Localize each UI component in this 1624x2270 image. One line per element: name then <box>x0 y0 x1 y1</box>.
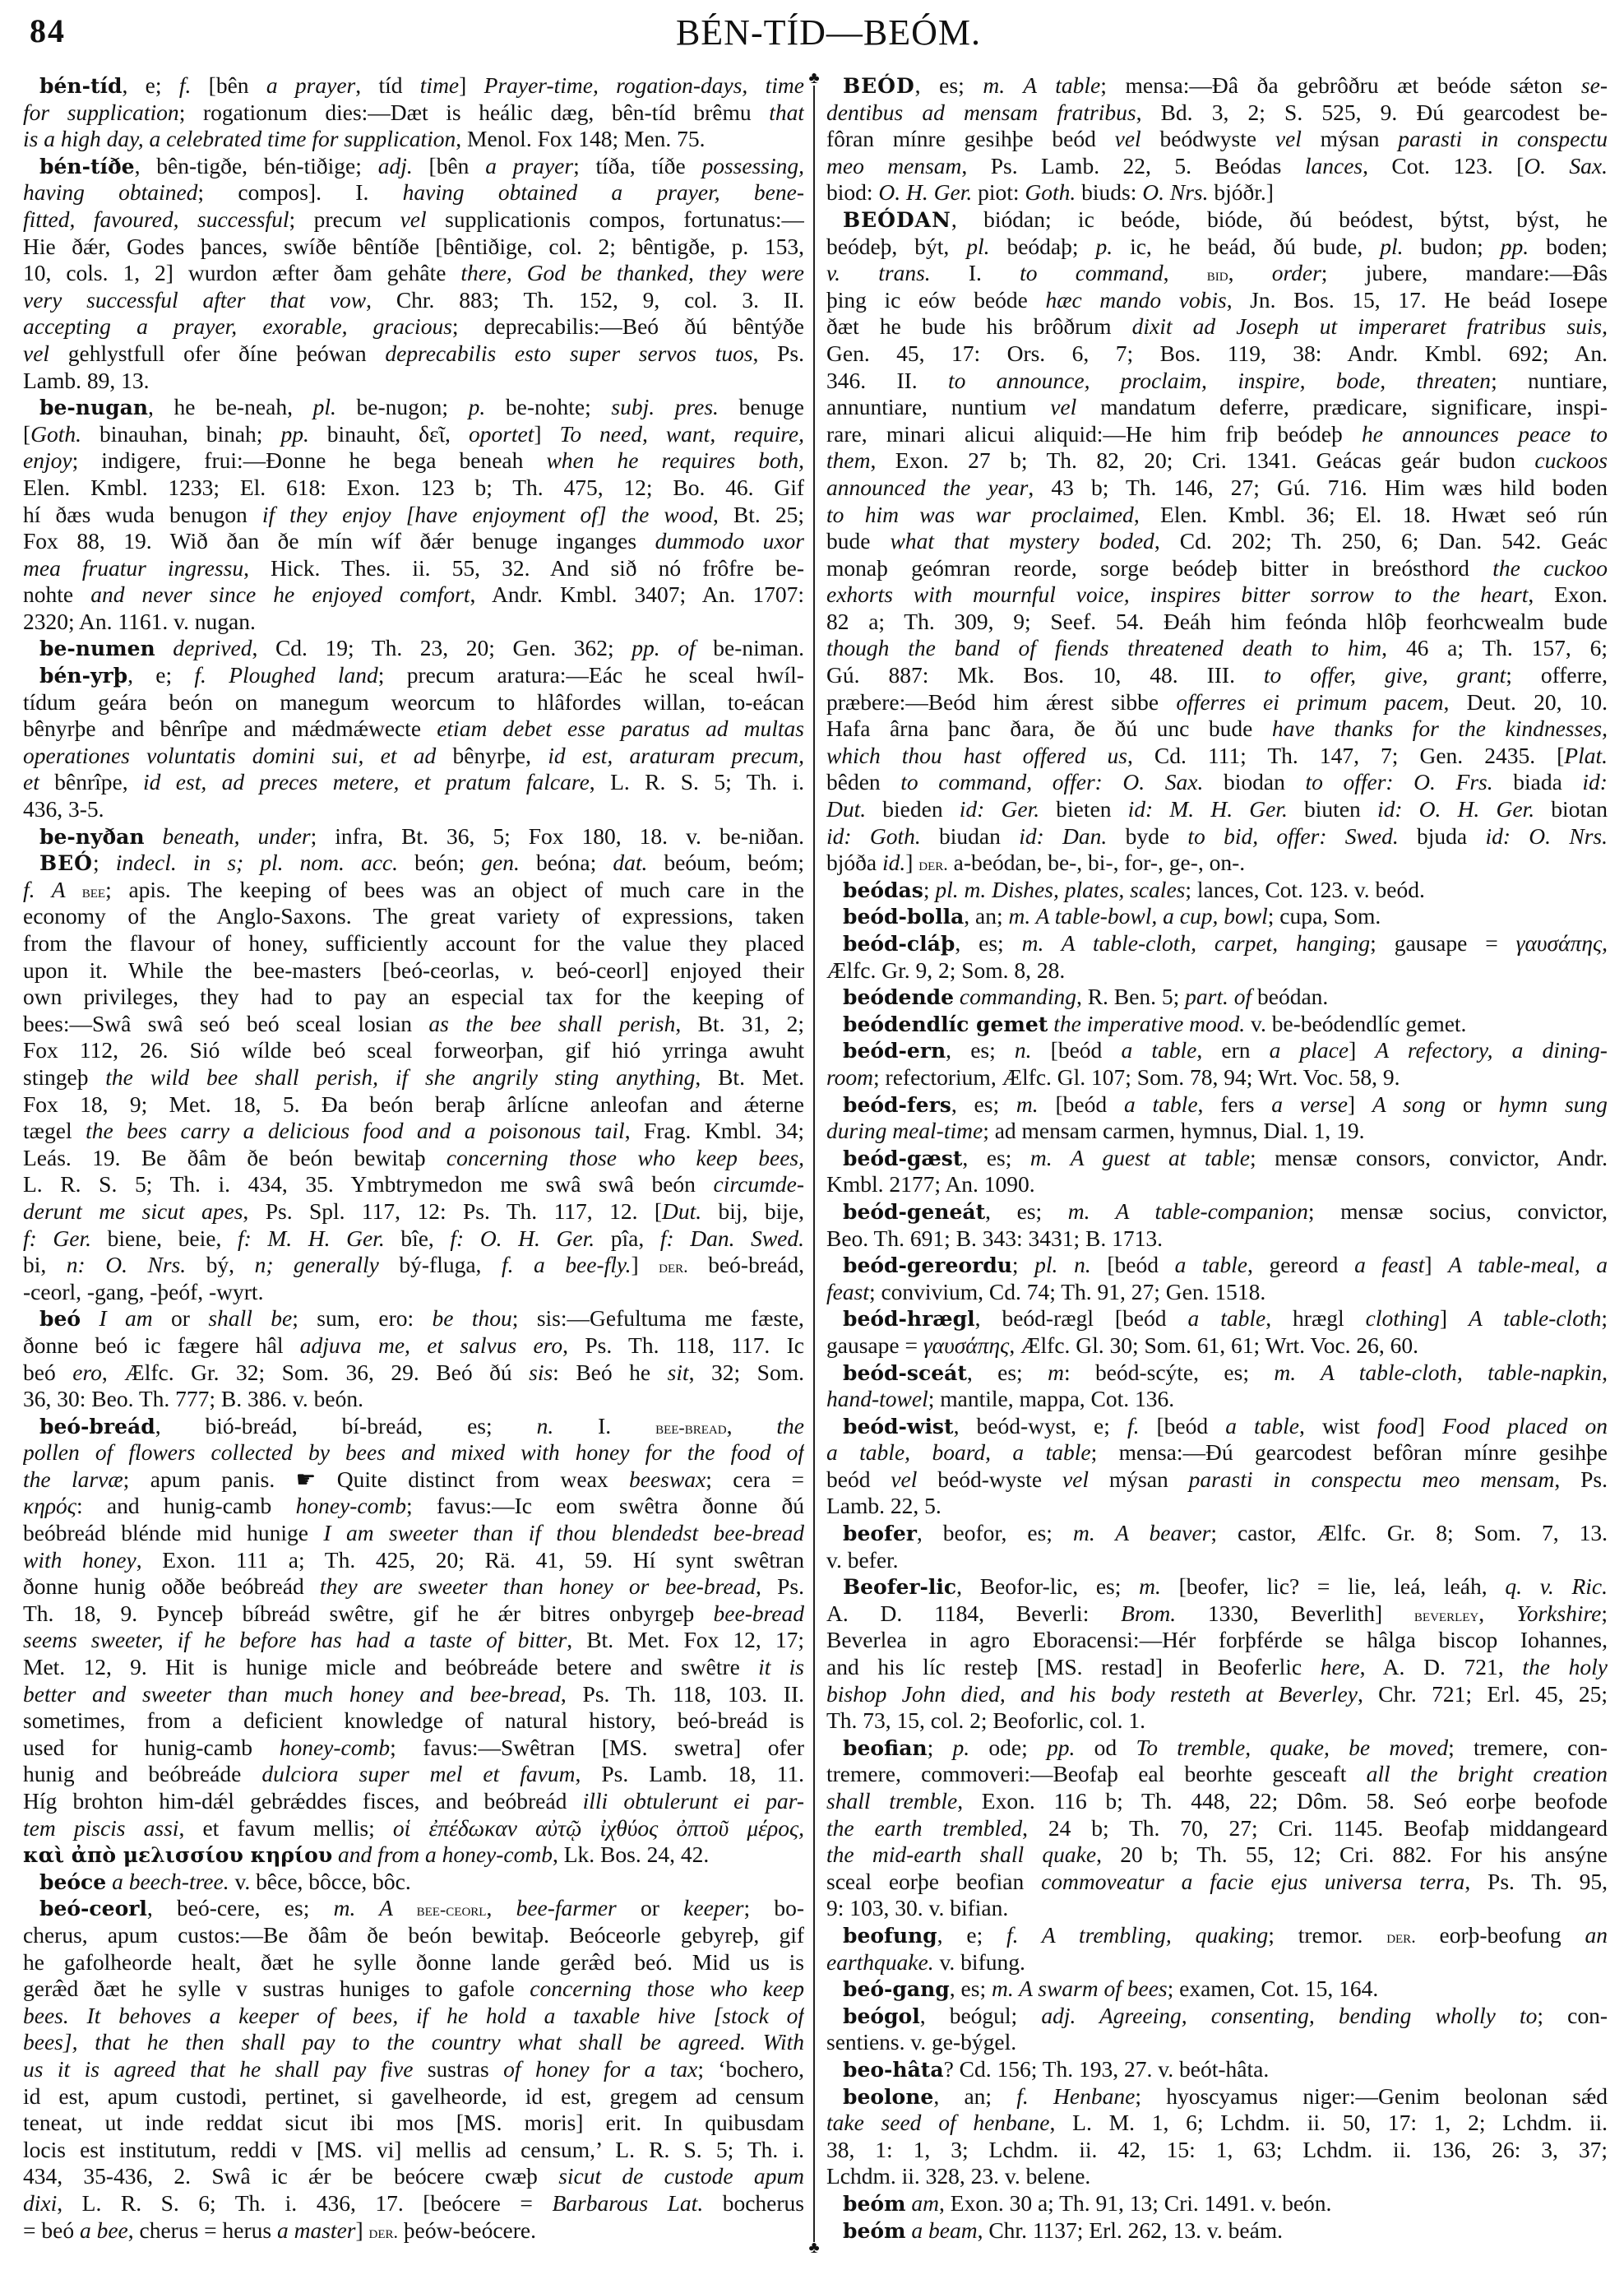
italic-gloss: et <box>23 769 39 794</box>
entry-text: from the flavour of honey, sufficiently … <box>23 930 804 956</box>
entry-text: , 32; Som. <box>689 1360 804 1385</box>
entry-text: bieden <box>866 796 960 822</box>
entry-text: , e; <box>937 1922 1006 1948</box>
entry-text: ] <box>356 2217 369 2243</box>
headword: be-numen <box>39 637 155 660</box>
italic-gloss: a table, board, a table <box>826 1439 1091 1465</box>
entry-text: sceal eorþe beofian <box>826 1869 1041 1894</box>
italic-gloss: hand-towel <box>826 1386 928 1411</box>
entry-line: a table, board, a table; mensa:—Ðú gearc… <box>826 1439 1608 1466</box>
entry-text: v. bêce, bôcce, bôc. <box>229 1869 411 1894</box>
entry-text: , Beofor-lic, es; <box>956 1573 1139 1599</box>
entry-line: præbere:—Beód him ǽrest sibbe offerres e… <box>826 689 1608 716</box>
italic-gloss: seems sweeter, if he before has had a ta… <box>23 1627 567 1652</box>
entry-text: , Deut. 20, 10. <box>1444 689 1608 715</box>
entry-line: monaþ geómran reorde, sorge beódeþ bitte… <box>826 555 1608 582</box>
entry-text: beódaþ; <box>990 234 1096 259</box>
headword: beofer <box>843 1522 917 1545</box>
italic-gloss: better and sweeter than much honey and b… <box>23 1681 561 1707</box>
entry-text: , <box>1228 260 1272 285</box>
italic-gloss: the larvæ <box>23 1466 123 1492</box>
entry-line: rare, minari alicui aliquid:—He him friþ… <box>826 421 1608 448</box>
entry-line: v. befer. <box>826 1547 1608 1574</box>
italic-gloss: A table-meal, a <box>1448 1252 1608 1277</box>
italic-gloss: tem piscis assi <box>23 1815 178 1841</box>
entry-line: operationes voluntatis domini sui, et ad… <box>23 743 804 770</box>
entry-line: locis est institutum, reddi v [MS. vi] m… <box>23 2137 804 2164</box>
entry-line: ðonne hunig oððe beóbreád they are sweet… <box>23 1573 804 1601</box>
entry-text: ; convivium, Cd. 74; Th. 91, 27; Gen. 15… <box>869 1279 1265 1304</box>
entry-text: ; <box>923 877 936 902</box>
entry-line: Lamb. 22, 5. <box>826 1493 1608 1520</box>
entry-text: , Cd. 19; Th. 23, 20; Gen. 362; <box>252 635 632 660</box>
entry-text: ðonne hunig oððe beóbreád <box>23 1573 320 1599</box>
entry-text: v. bifung. <box>934 1949 1025 1975</box>
italic-gloss: a table <box>1121 1037 1196 1063</box>
entry-text: bjuda <box>1399 823 1486 849</box>
entry-line: Met. 12, 9. Hit is hunige micle and beób… <box>23 1654 804 1681</box>
italic-gloss: take seed of henbane <box>826 2110 1050 2135</box>
italic-gloss: us it is agreed that he shall pay five <box>23 2056 413 2082</box>
entry-text: ] <box>1424 1252 1448 1277</box>
italic-gloss: the holy <box>1522 1654 1608 1679</box>
italic-gloss: a beam <box>911 2217 977 2243</box>
italic-gloss: I am <box>99 1305 152 1331</box>
italic-gloss: for supplication <box>23 100 179 125</box>
entry-text: , Exon. 111 a; Th. 425, 20; Rä. 41, 59. … <box>136 1547 804 1573</box>
small-caps-text: der. <box>918 854 948 874</box>
entry-line: f. A bee; apis. The keeping of bees was … <box>23 877 804 904</box>
entry-text: be-nohte; <box>485 394 611 419</box>
entry-text: biada <box>1493 769 1583 794</box>
italic-gloss: id: <box>1582 769 1608 794</box>
column-divider <box>813 86 815 2242</box>
entry-line: Hafa ârna þanc ðara, ðe ðú unc bude have… <box>826 716 1608 743</box>
entry-text: 2320; An. 1161. v. nugan. <box>23 609 256 634</box>
italic-gloss: the imperative mood. <box>1053 1011 1245 1036</box>
headword: beód-wist <box>843 1415 954 1438</box>
italic-gloss: a bee <box>80 2217 128 2243</box>
entry-text: ; deprecabilis:—Beó ðú bêntýðe <box>452 313 804 339</box>
italic-gloss: id: Ger. <box>960 796 1039 822</box>
italic-gloss: bishop John died, and his body resteth a… <box>826 1681 1358 1707</box>
italic-gloss: concerning those who keep bees, <box>446 1145 804 1170</box>
entry-text: , 20 b; Th. 55, 12; Cri. 882. For his an… <box>1096 1841 1608 1867</box>
italic-gloss: having obtained <box>23 179 197 205</box>
entry-text: beód-wyste <box>917 1466 1062 1492</box>
entry-text: biudan <box>921 823 1019 849</box>
entry-text: , Elen. Kmbl. 36; El. 18. Hwæt seó rún <box>1134 502 1608 527</box>
entry-line: [Goth. binauhan, binah; pp. binauht, δεῖ… <box>23 421 804 448</box>
entry-text: , <box>727 1413 777 1438</box>
entry-text: bude <box>826 528 891 554</box>
entry-line: 10, cols. 1, 2] wurdon æfter ðam gehâte … <box>23 260 804 287</box>
entry-headline: BEÓDAN, biódan; ic beóde, bióde, ðú beód… <box>826 206 1608 234</box>
entry-text: , L. R. S. 5; Th. i. <box>590 769 804 794</box>
entry-text: geræ̂d ðæt he sylle v sustras huniges to… <box>23 1976 530 2001</box>
entry-text: ; <box>1601 1601 1608 1626</box>
entry-line: hí ðæs wuda benugon if they enjoy [have … <box>23 502 804 529</box>
entry-line: 36, 30: Beo. Th. 777; B. 386. v. beón. <box>23 1386 804 1413</box>
entry-text: , Ps. Lamb. 22, 5. Beódas <box>961 153 1304 178</box>
entry-text: bi, <box>23 1252 67 1277</box>
headword: BEÓDAN <box>843 208 951 232</box>
entry-text: beódeþ, být, <box>826 234 966 259</box>
italic-gloss: deprecabilis esto super servos tuos <box>385 340 752 366</box>
headword: Beofer-lic <box>843 1575 956 1599</box>
entry-text: , tíd <box>355 72 420 98</box>
headword: beó <box>39 1307 81 1331</box>
entry-text: mandatum deferre, prædicare, significare… <box>1076 394 1608 419</box>
italic-gloss: to announce, proclaim, inspire, bode, th… <box>948 368 1491 393</box>
entry-line: Leás. 19. Be ðâm ðe beón bewitaþ concern… <box>23 1145 804 1172</box>
entry-text: 9: 103, 30. v. bifian. <box>826 1895 1008 1920</box>
headword: beógol <box>843 2004 920 2028</box>
entry-text: , A. D. 721, <box>1360 1654 1523 1679</box>
headword: beofung <box>843 1924 937 1948</box>
italic-gloss: room <box>826 1064 873 1090</box>
entry-text: beó-ceorl] enjoyed their <box>535 957 804 983</box>
entry-line: hand-towel; mantile, mappa, Cot. 136. <box>826 1386 1608 1413</box>
entry-text: ; mensæ socius, convictor, <box>1308 1198 1608 1224</box>
entry-line: sometimes, from a deficient knowledge of… <box>23 1707 804 1735</box>
entry-text: ; <box>928 1735 953 1760</box>
entry-line: þing ic eów beóde hæc mando vobis, Jn. B… <box>826 287 1608 314</box>
headword: beofian <box>843 1736 928 1760</box>
entry-text: id est, apum custodi, pertinet, si gavel… <box>23 2083 804 2109</box>
entry-text: ; tremere, con- <box>1448 1735 1608 1760</box>
entry-text: locis est institutum, reddi v [MS. vi] m… <box>23 2137 804 2162</box>
italic-gloss: vel <box>1050 394 1076 419</box>
entry-line: Fox 18, 9; Met. 18, 5. Ða beón beraþ ârl… <box>23 1091 804 1119</box>
entry-line: Fox 88, 19. Wið ðan ðe mín wíf ðǽr benug… <box>23 528 804 555</box>
entry-text: [beofer, lic? = lie, leá, leáh, <box>1161 1573 1505 1599</box>
entry-headline: BEÓD, es; m. A table; mensa:—Ðâ ða gebrô… <box>826 72 1608 100</box>
entry-text: Lamb. 22, 5. <box>826 1493 942 1518</box>
entry-line: fôran mínre gesihþe beód vel beódwyste v… <box>826 126 1608 153</box>
entry-text: beódan. <box>1252 984 1328 1009</box>
entry-text: ; mantile, mappa, Cot. 136. <box>928 1386 1174 1411</box>
italic-gloss: accepting a prayer, exorable, gracious <box>23 313 452 339</box>
headword: beódende <box>843 985 954 1009</box>
entry-text: [ <box>23 421 30 447</box>
entry-text: , wist <box>1299 1413 1377 1438</box>
entry-text: beóbreád blénde mid hunige <box>23 1520 323 1545</box>
italic-gloss: f. A trembling, quaking <box>1006 1922 1268 1948</box>
italic-gloss: dixi <box>23 2190 57 2216</box>
entry-text: od <box>1075 1735 1136 1760</box>
italic-gloss: during meal-time <box>826 1118 983 1143</box>
entry-line: Lchdm. ii. 328, 23. v. belene. <box>826 2163 1608 2190</box>
entry-text: beóum, beóm; <box>647 850 804 875</box>
entry-line: tremere, commoveri:—Beofaþ eal beorhte g… <box>826 1761 1608 1788</box>
entry-text: , Exon. 116 b; Th. 448, 22; Dôm. 58. Seó… <box>957 1788 1608 1814</box>
entry-line: ðonne beó ic fægere hâl adjuva me, et sa… <box>23 1332 804 1360</box>
italic-gloss: id est, ad preces metere, et pratum falc… <box>143 769 590 794</box>
small-caps-text: bee-ceorl <box>417 1899 487 1920</box>
italic-gloss: honey-comb <box>296 1493 406 1518</box>
entry-text: cherus, apum custos:—Be ðâm ðe beón bewi… <box>23 1922 804 1948</box>
entry-text: , beofor, es; <box>917 1520 1073 1545</box>
entry-text: fôran mínre gesihþe beód <box>826 126 1115 151</box>
entry-line: Dut. bieden id: Ger. bieten id: M. H. Ge… <box>826 796 1608 823</box>
entry-headline: beódas; pl. m. Dishes, plates, scales; l… <box>826 877 1608 904</box>
entry-text: used for hunig-camb <box>23 1735 280 1760</box>
italic-gloss: m. A swarm of bees <box>992 1976 1168 2001</box>
italic-gloss: m. A table-bowl, a cup, bowl <box>1009 903 1268 929</box>
entry-text: ; castor, Ælfc. Gr. 8; Som. 7, 13. <box>1210 1520 1608 1545</box>
entry-text: , Chr. 1137; Erl. 262, 13. v. beám. <box>978 2217 1283 2243</box>
entry-text: gehlystfull ofer ðíne þeówan <box>49 340 385 366</box>
entry-text: , Ps. <box>753 340 804 366</box>
entry-text: ode; <box>969 1735 1047 1760</box>
entry-line: hunig and beóbreáde dulciora super mel e… <box>23 1761 804 1788</box>
headword: beó-breád <box>39 1415 155 1438</box>
entry-line: the mid-earth shall quake, 20 b; Th. 55,… <box>826 1841 1608 1869</box>
entry-headline: beó-gang, es; m. A swarm of bees; examen… <box>826 1976 1608 2003</box>
ornament-bottom-icon: ♣ <box>805 2239 823 2257</box>
entry-text: Fox 88, 19. Wið ðan ðe mín wíf ðǽr benug… <box>23 528 655 554</box>
entry-text: ; mensa:—Ðâ ða gebrôðru æt beóde sǽton <box>1100 72 1581 98</box>
entry-line: bjóða id.] der. a-beódan, be-, bi-, for-… <box>826 850 1608 877</box>
entry-text: , Cd. 202; Th. 250, 6; Dan. 542. Geác <box>1154 528 1608 554</box>
italic-gloss: pl. <box>313 394 336 419</box>
italic-gloss: q. v. Ric. <box>1505 1573 1608 1599</box>
entry-line: Gen. 45, 17: Ors. 6, 7; Bos. 119, 38: An… <box>826 340 1608 368</box>
italic-gloss: possessing, <box>701 153 804 178</box>
italic-gloss: parasti in conspectu <box>1398 126 1608 151</box>
headword: be-nyðan <box>39 825 145 849</box>
entry-headline: beó-ceorl, beó-cere, es; m. A bee-ceorl,… <box>23 1895 804 1922</box>
italic-gloss: γαυσάπης, <box>1516 930 1608 956</box>
italic-gloss: pl. n. <box>1034 1252 1091 1277</box>
entry-line: et bênrîpe, id est, ad preces metere, et… <box>23 769 804 796</box>
entry-text: rare, minari alicui aliquid:—He him friþ… <box>826 421 1362 447</box>
entry-text: benuge <box>719 394 804 419</box>
entry-text: Beo. Th. 691; B. 343: 3431; B. 1713. <box>826 1225 1163 1251</box>
italic-gloss: m. A guest at table <box>1030 1145 1250 1170</box>
entry-text: I. <box>931 260 1020 285</box>
entry-line: f: Ger. biene, beie, f: M. H. Ger. bîe, … <box>23 1225 804 1253</box>
entry-text: [beód <box>1091 1252 1175 1277</box>
entry-line: derunt me sicut apes, Ps. Spl. 117, 12: … <box>23 1198 804 1225</box>
entry-text: Elen. Kmbl. 1233; El. 618: Exon. 123 b; … <box>23 475 804 500</box>
entry-text: ; gausape = <box>1370 930 1516 956</box>
entry-text: Th. 73, 15, col. 2; Beoforlic, col. 1. <box>826 1707 1145 1733</box>
entry-text: , Jn. Bos. 15, 17. He beád Iosepe <box>1227 287 1608 313</box>
entry-text: ; lances, Cot. 123. v. beód. <box>1185 877 1425 902</box>
entry-text: bêden <box>826 769 900 794</box>
entry-text: he gafolheorde healt, ðæt he sylle ðonne… <box>23 1949 804 1975</box>
entry-headline: beofer, beofor, es; m. A beaver; castor,… <box>826 1520 1608 1547</box>
entry-text: be-niman. <box>696 635 804 660</box>
italic-gloss: shall be <box>208 1305 292 1331</box>
entry-text: own privileges, they had to pay an espec… <box>23 984 804 1009</box>
entry-text: bênrîpe, <box>39 769 143 794</box>
italic-gloss: id: O. H. Ger. <box>1377 796 1534 822</box>
entry-text: = beó <box>23 2217 80 2243</box>
entry-text: biodan <box>1203 769 1305 794</box>
entry-text: , Bd. 3, 2; S. 525, 9. Ðú gearcodest be- <box>1136 100 1608 125</box>
entry-line: teneat, ut inde reddat sicut ibi mos [MS… <box>23 2110 804 2137</box>
italic-gloss: sis <box>529 1360 553 1385</box>
headword: beo-hâta <box>843 2058 944 2082</box>
entry-text: ; favus:—Ic eom swêtra ðonne ðú <box>406 1493 804 1518</box>
italic-gloss: keeper <box>683 1895 743 1920</box>
italic-gloss: id. <box>882 850 905 875</box>
italic-gloss: f. <box>1127 1413 1140 1438</box>
italic-gloss: pollen of flowers collected by bees and … <box>23 1439 804 1465</box>
entry-text: Hie ðǽr, Godes þances, swíðe bêntíðe [bê… <box>23 234 804 259</box>
entry-text: bees:—Swâ swâ seó beó sceal losian <box>23 1011 428 1036</box>
entry-text: sentiens. v. ge-býgel. <box>826 2029 1016 2055</box>
entry-text: upon it. While the bee-masters [beó-ceor… <box>23 957 521 983</box>
entry-line: us it is agreed that he shall pay five s… <box>23 2056 804 2083</box>
italic-gloss: order <box>1272 260 1321 285</box>
headword: beód-sceát <box>843 1361 967 1385</box>
entry-headline: beód-hrægl, beód-rægl [beód a table, hræ… <box>826 1305 1608 1332</box>
entry-text: Ælfc. Gr. 9, 2; Som. 8, 28. <box>826 957 1065 983</box>
italic-gloss: pl. <box>1380 234 1403 259</box>
entry-text: , et favum mellis; <box>178 1815 392 1841</box>
italic-gloss: pp. <box>1501 234 1529 259</box>
entry-text: byde <box>1107 823 1187 849</box>
italic-gloss: a feast <box>1354 1252 1424 1277</box>
entry-text: Fox 18, 9; Met. 18, 5. Ða beón beraþ ârl… <box>23 1091 804 1117</box>
italic-gloss: Brom. <box>1121 1601 1176 1626</box>
entry-text <box>155 635 174 660</box>
italic-gloss: vel <box>1062 1466 1089 1492</box>
headword: beód-geneát <box>843 1200 985 1224</box>
entry-text: , biódan; ic beóde, bióde, ðú beódest, b… <box>951 206 1608 232</box>
entry-text: eorþ-beofung <box>1416 1922 1585 1948</box>
italic-gloss: f. Ploughed land <box>194 662 377 688</box>
entry-headline: beofian; p. ode; pp. od To tremble, quak… <box>826 1735 1608 1762</box>
entry-text: ; offerre, <box>1506 662 1608 688</box>
entry-line: exhorts with mournful voice, inspires bi… <box>826 581 1608 609</box>
italic-gloss: operationes voluntatis domini sui, et ad <box>23 743 436 768</box>
entry-line: gausape = γαυσάπης, Ælfc. Gl. 30; Som. 6… <box>826 1332 1608 1360</box>
italic-gloss: To need, want, require, <box>560 421 804 447</box>
entry-headline: be-nyðan beneath, under; infra, Bt. 36, … <box>23 823 804 850</box>
italic-gloss: Goth. <box>30 421 81 447</box>
entry-headline: bén-tíd, e; f. [bên a prayer, tíd time] … <box>23 72 804 100</box>
italic-gloss: having obtained a prayer, bene- <box>403 179 804 205</box>
entry-text: , Cd. 111; Th. 147, 7; Gen. 2435. [ <box>1127 743 1564 768</box>
entry-line: 434, 35-436, 2. Swâ ic ǽr be beócere cwæ… <box>23 2163 804 2190</box>
entry-text: , ern <box>1196 1037 1269 1063</box>
entry-text: Gen. 45, 17: Ors. 6, 7; Bos. 119, 38: An… <box>826 340 1608 366</box>
entry-text: ðonne beó ic fægere hâl <box>23 1332 300 1358</box>
entry-text: Fox 112, 26. Sió wílde beó sceal forweor… <box>23 1037 804 1063</box>
entry-line: though the band of fiends threatened dea… <box>826 635 1608 662</box>
headword: BEÓ <box>39 851 93 875</box>
italic-gloss: and from a honey-comb <box>338 1841 553 1867</box>
entry-line: take seed of henbane, L. M. 1, 6; Lchdm.… <box>826 2110 1608 2137</box>
italic-gloss: the mid-earth shall quake <box>826 1841 1096 1867</box>
italic-gloss: O. Sax. <box>1524 153 1608 178</box>
entry-text: , gereord <box>1247 1252 1354 1277</box>
entry-headline: beó-breád, bió-breád, bí-breád, es; n. I… <box>23 1413 804 1440</box>
headword: beód-bolla <box>843 905 964 929</box>
right-column: BEÓD, es; m. A table; mensa:—Ðâ ða gebrô… <box>826 72 1608 2244</box>
entry-text: 436, 3-5. <box>23 796 104 822</box>
headword: bén-yrþ <box>39 664 127 688</box>
italic-gloss: Goth. <box>1025 179 1076 205</box>
entry-text: , Hick. Thes. ii. 55, 32. And sið nó frô… <box>243 555 804 581</box>
entry-text: Kmbl. 2177; An. 1090. <box>826 1171 1035 1197</box>
entry-text: beóna; <box>520 850 613 875</box>
italic-gloss: dulciora super mel et favum <box>261 1761 575 1786</box>
entry-line: the larvæ; apum panis. ☛ Quite distinct … <box>23 1466 804 1494</box>
italic-gloss: a master <box>277 2217 356 2243</box>
entry-text: ; indigere, frui:—Ðonne he bega beneah <box>72 447 547 473</box>
italic-gloss: To tremble, quake, be moved <box>1136 1735 1448 1760</box>
entry-text: , Bt. 25; <box>713 502 804 527</box>
entry-text: biuds: <box>1076 179 1142 205</box>
entry-line: Elen. Kmbl. 1233; El. 618: Exon. 123 b; … <box>23 475 804 502</box>
entry-text: , beód-rægl [beód <box>975 1305 1188 1331</box>
entry-text: , Ps. <box>756 1573 804 1599</box>
entry-text: : Beó he <box>553 1360 667 1385</box>
entry-text <box>81 1305 99 1331</box>
headword: BEÓD <box>843 74 915 98</box>
italic-gloss: shall tremble <box>826 1788 957 1814</box>
entry-line: bênyrþe and bênrîpe and mǽdmǽwecte etiam… <box>23 716 804 743</box>
italic-gloss: mea fruatur ingressu <box>23 555 243 581</box>
italic-gloss: n; generally <box>255 1252 379 1277</box>
entry-text: , L. R. S. 6; Th. i. 436, 17. [beócere = <box>57 2190 552 2216</box>
italic-gloss: pl. m. Dishes, plates, scales <box>935 877 1185 902</box>
italic-gloss: clothing <box>1366 1305 1440 1331</box>
italic-gloss: n. <box>537 1413 554 1438</box>
entry-headline: be-numen deprived, Cd. 19; Th. 23, 20; G… <box>23 635 804 662</box>
entry-text: bênyrþe, <box>436 743 548 768</box>
italic-gloss: circumde- <box>714 1171 804 1197</box>
entry-text: , an; <box>933 2083 1016 2109</box>
italic-gloss: to him was war proclaimed <box>826 502 1134 527</box>
italic-gloss: concerning those who keep <box>530 1976 804 2001</box>
entry-text: ; apis. The keeping of bees was an objec… <box>105 877 804 902</box>
italic-gloss: be thou <box>433 1305 512 1331</box>
entry-text: , es; <box>985 1198 1068 1224</box>
entry-headline: beóce a beech-tree. v. bêce, bôcce, bôc. <box>23 1869 804 1896</box>
entry-text: bjóða <box>826 850 882 875</box>
italic-gloss: time <box>420 72 459 98</box>
entry-text: bieten <box>1039 796 1128 822</box>
italic-gloss: enjoy <box>23 447 72 473</box>
entry-text: ; <box>1601 1305 1608 1331</box>
entry-text: : beód-scýte, es; <box>1064 1360 1274 1385</box>
entry-text: , Ælfc. Gr. 32; Som. 36, 29. Beó ðú <box>102 1360 529 1385</box>
italic-gloss: m. A beaver <box>1073 1520 1210 1545</box>
entry-text: Th. 18, 9. Þynceþ bíbreád swêtre, gif he… <box>23 1601 714 1626</box>
entry-text: 1330, Beverlith] <box>1176 1601 1414 1626</box>
entry-headline: beódendlíc gemet the imperative mood. v.… <box>826 1011 1608 1038</box>
entry-line: accepting a prayer, exorable, gracious; … <box>23 313 804 340</box>
small-caps-text: bee-bread <box>655 1417 727 1438</box>
entry-line: bees. It behoves a keeper of bees, if he… <box>23 2003 804 2030</box>
entry-headline: beógol, beógul; adj. Agreeing, consentin… <box>826 2003 1608 2030</box>
entry-line: sentiens. v. ge-býgel. <box>826 2029 1608 2056</box>
italic-gloss: the earth trembled <box>826 1815 1022 1841</box>
italic-gloss: m. A table-cloth, carpet, hanging <box>1022 930 1371 956</box>
italic-gloss: the bees carry a delicious food and a po… <box>86 1118 625 1143</box>
headword: beód-hrægl <box>843 1307 975 1331</box>
entry-text: ; jubere, mandare:—Ðâs <box>1321 260 1608 285</box>
italic-gloss: a table <box>1124 1091 1198 1117</box>
headword: beód-gereordu <box>843 1253 1012 1277</box>
